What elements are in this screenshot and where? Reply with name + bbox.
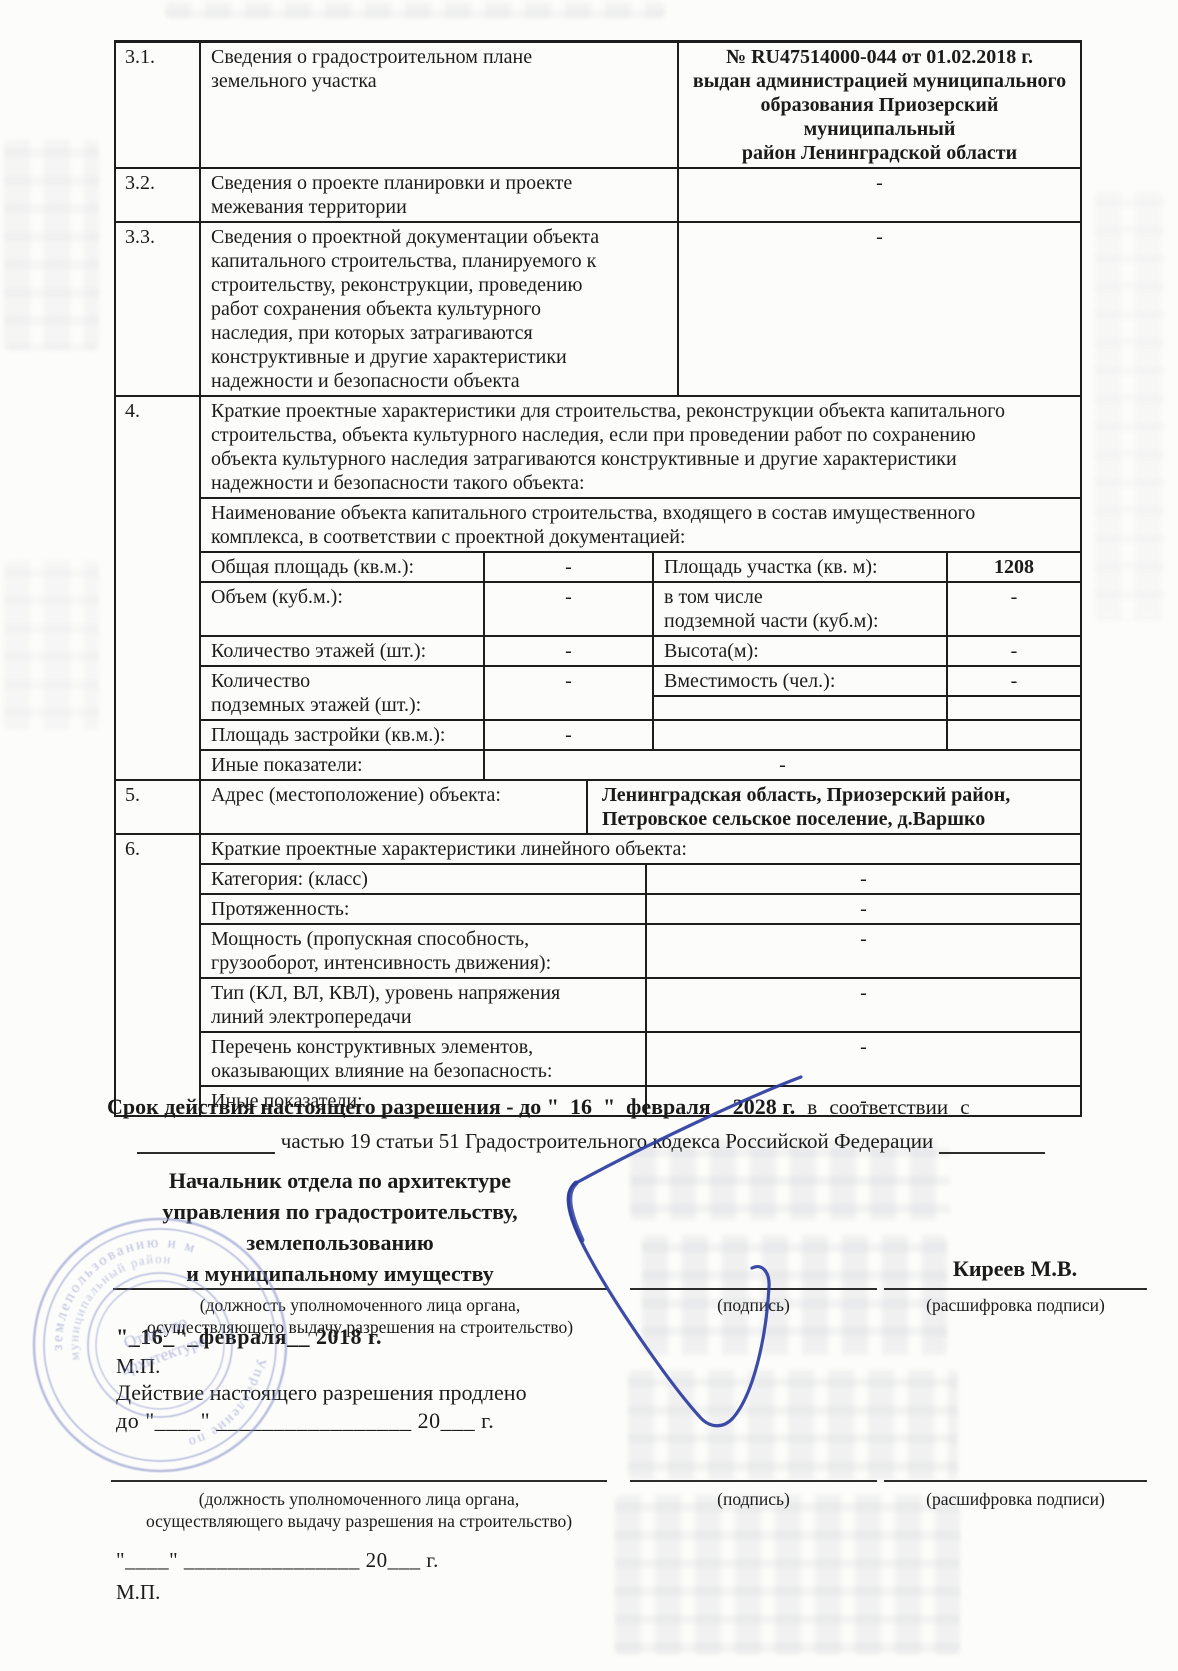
table-row-3-1: 3.1. Сведения о градостроительном плане … — [116, 43, 1080, 167]
section-6-body: Краткие проектные характеристики линейно… — [201, 835, 1080, 1115]
metric-label: Количество подземных этажей (шт.): — [201, 667, 485, 719]
metrics-subrow-capacity: Вместимость (чел.): - — [654, 667, 1080, 697]
linear-row-type: Тип (КЛ, ВЛ, КВЛ), уровень напряжения ли… — [201, 977, 1080, 1031]
row-number: 3.2. — [116, 169, 201, 221]
metrics-right-split: Вместимость (чел.): - — [654, 667, 1080, 719]
blank-line — [939, 1130, 1045, 1154]
row-number: 5. — [116, 781, 201, 833]
row-value: - — [679, 169, 1080, 221]
metric-value: - — [485, 553, 654, 581]
metric-value: - — [948, 637, 1080, 665]
pen-signature-stroke-thick — [570, 1183, 582, 1240]
metric-label: Площадь застройки (кв.м.): — [201, 721, 485, 749]
row-label: Категория: (класс) — [201, 865, 647, 893]
row-value: - — [647, 895, 1080, 923]
bleed-through-artifact — [4, 140, 99, 350]
validity-clause: Срок действия настоящего разрешения - до… — [107, 1092, 1075, 1122]
bleed-through-artifact — [165, 2, 665, 18]
metric-value: - — [485, 721, 654, 749]
signature-line-sign-2 — [630, 1480, 877, 1482]
caption-position-2: (должность уполномоченного лица органа, … — [111, 1488, 607, 1532]
row-value: - — [679, 223, 1080, 395]
table-row-3-3: 3.3. Сведения о проектной документации о… — [116, 221, 1080, 395]
linear-row-category: Категория: (класс) - — [201, 863, 1080, 893]
section-4-subheader: Наименование объекта капитального строит… — [201, 497, 1080, 551]
linear-row-power: Мощность (пропускная способность, грузоо… — [201, 923, 1080, 977]
section-4-header: Краткие проектные характеристики для стр… — [201, 397, 1080, 497]
table-row-4: 4. Краткие проектные характеристики для … — [116, 395, 1080, 779]
metrics-row-footprint: Площадь застройки (кв.м.): - — [201, 719, 1080, 749]
row-label: Сведения о проекте планировки и проекте … — [201, 169, 679, 221]
empty-cell — [948, 697, 1080, 719]
validity-clause-line2: частью 19 статьи 51 Градостроительного к… — [107, 1128, 1075, 1154]
stamp-inner-ring-2 — [82, 1267, 237, 1422]
row-label: Сведения о проектной документации объект… — [201, 223, 679, 395]
row-number: 3.3. — [116, 223, 201, 395]
section-6-header: Краткие проектные характеристики линейно… — [201, 835, 1080, 863]
metric-label: Площадь участка (кв. м): — [654, 553, 948, 581]
row-value: № RU47514000-044 от 01.02.2018 г. выдан … — [679, 43, 1080, 167]
metric-label: в том числе подземной части (куб.м): — [654, 583, 948, 635]
metrics-row-total-area: Общая площадь (кв.м.): - Площадь участка… — [201, 551, 1080, 581]
row-label: Мощность (пропускная способность, грузоо… — [201, 925, 647, 977]
metric-value: - — [485, 667, 654, 719]
row-number: 6. — [116, 835, 201, 1115]
empty-cell — [654, 721, 948, 749]
row-value: - — [647, 865, 1080, 893]
signature-line-name — [884, 1288, 1147, 1290]
object-address: Ленинградская область, Приозерский район… — [588, 781, 1080, 833]
metrics-row-underground-floors: Количество подземных этажей (шт.): - Вме… — [201, 665, 1080, 719]
bleed-through-artifact — [628, 1370, 958, 1480]
caption-sign-2: (подпись) — [630, 1488, 877, 1510]
row-label: Тип (КЛ, ВЛ, КВЛ), уровень напряжения ли… — [201, 979, 647, 1031]
blank-line — [137, 1130, 275, 1154]
metric-label: Объем (куб.м.): — [201, 583, 485, 635]
metric-value: - — [485, 637, 654, 665]
validity-tail: в соответствии с — [807, 1095, 969, 1119]
row-value: - — [647, 925, 1080, 977]
linear-row-elements: Перечень конструктивных элементов, оказы… — [201, 1031, 1080, 1085]
metrics-row-other: Иные показатели: - — [201, 749, 1080, 779]
row-value: - — [647, 1033, 1080, 1085]
metric-value: - — [948, 667, 1080, 695]
metric-value: - — [948, 583, 1080, 635]
bleed-through-artifact — [1095, 190, 1165, 620]
metric-label: Количество этажей (шт.): — [201, 637, 485, 665]
metric-label: Иные показатели: — [201, 751, 485, 779]
row-label: Адрес (местоположение) объекта: — [201, 781, 588, 833]
official-name: Киреев М.В. — [884, 1256, 1146, 1282]
row-value: - — [647, 979, 1080, 1031]
metrics-row-volume: Объем (куб.м.): - в том числе подземной … — [201, 581, 1080, 635]
row-label: Сведения о градостроительном плане земел… — [201, 43, 679, 167]
metric-label: Вместимость (чел.): — [654, 667, 948, 695]
metric-value: 1208 — [948, 553, 1080, 581]
row-label: Протяженность: — [201, 895, 647, 923]
metric-value: - — [485, 583, 654, 635]
row-label: Перечень конструктивных элементов, оказы… — [201, 1033, 647, 1085]
validity-law-reference: частью 19 статьи 51 Градостроительного к… — [281, 1128, 933, 1154]
section-4-body: Краткие проектные характеристики для стр… — [201, 397, 1080, 779]
empty-cell — [948, 721, 1080, 749]
metrics-row-floors: Количество этажей (шт.): - Высота(м): - — [201, 635, 1080, 665]
official-stamp: землепользованию и м Управление по муниц… — [24, 1209, 296, 1481]
signature-line-sign — [630, 1288, 877, 1290]
metric-value: - — [485, 751, 1080, 779]
metric-label: Общая площадь (кв.м.): — [201, 553, 485, 581]
caption-name-decode-2: (расшифровка подписи) — [884, 1488, 1147, 1510]
row-number: 3.1. — [116, 43, 201, 167]
metrics-subrow-empty — [654, 697, 1080, 719]
metric-label: Высота(м): — [654, 637, 948, 665]
bleed-through-artifact — [615, 1495, 960, 1655]
caption-name-decode: (расшифровка подписи) — [884, 1294, 1147, 1316]
blank-date-line: "____" ________________ 20___ г. — [116, 1548, 439, 1573]
linear-row-length: Протяженность: - — [201, 893, 1080, 923]
row-number: 4. — [116, 397, 201, 779]
bleed-through-artifact — [4, 560, 99, 730]
stamp-place-mark-2: М.П. — [116, 1580, 160, 1605]
validity-text: Срок действия настоящего разрешения - до… — [107, 1094, 795, 1119]
permit-table: 3.1. Сведения о градостроительном плане … — [114, 40, 1082, 1117]
signature-line-name-2 — [884, 1480, 1147, 1482]
document-page: 3.1. Сведения о градостроительном плане … — [0, 0, 1178, 1671]
table-row-5: 5. Адрес (местоположение) объекта: Ленин… — [116, 779, 1080, 833]
table-row-6: 6. Краткие проектные характеристики лине… — [116, 833, 1080, 1115]
table-row-3-2: 3.2. Сведения о проекте планировки и про… — [116, 167, 1080, 221]
caption-sign: (подпись) — [630, 1294, 877, 1316]
empty-cell — [654, 697, 948, 719]
